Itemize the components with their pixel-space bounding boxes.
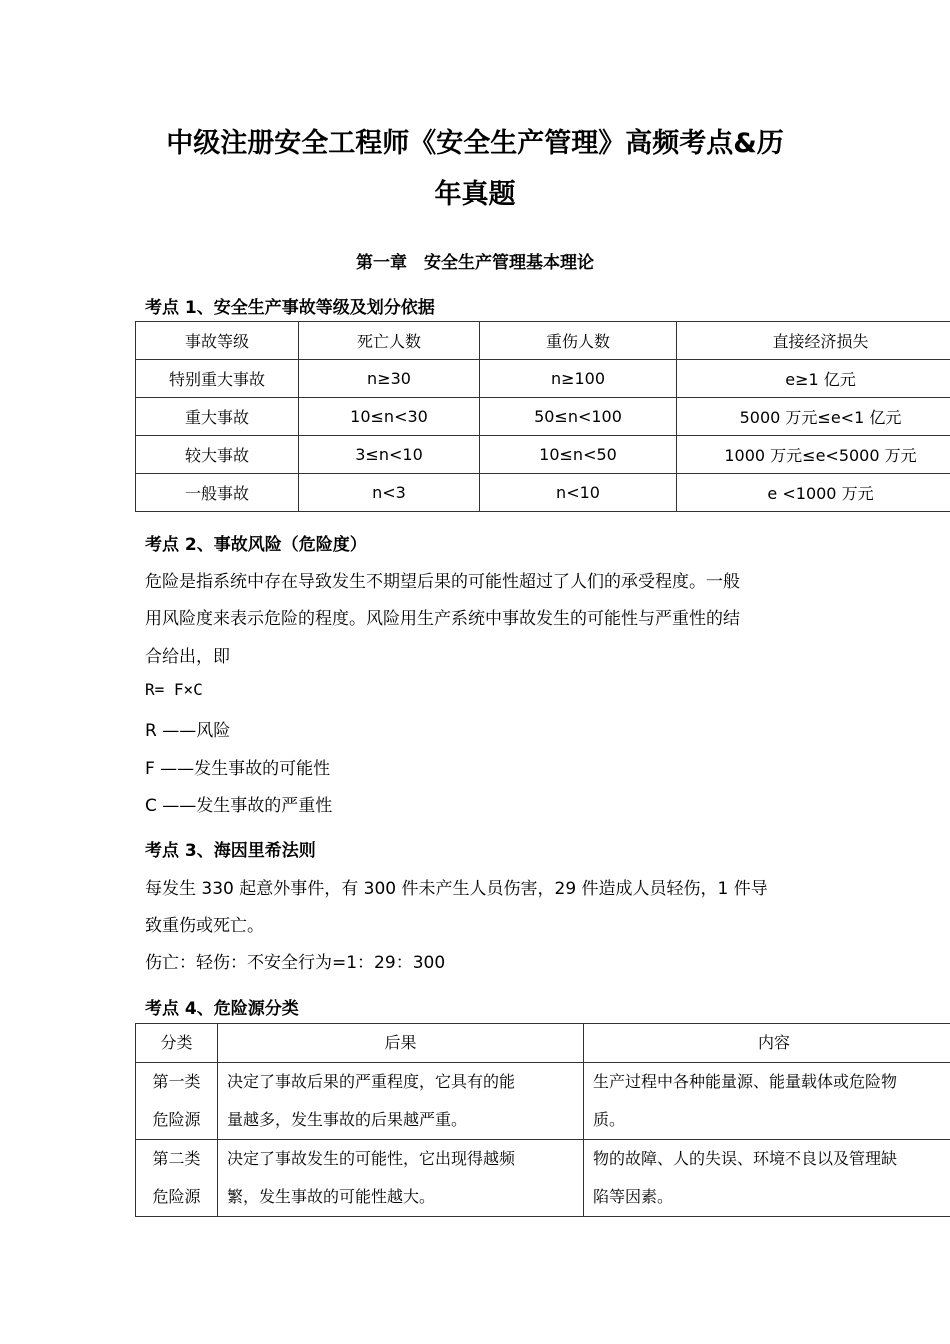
table-header-cell: 分类 (136, 1024, 218, 1063)
table-cell: 第一类危险源 (136, 1063, 218, 1140)
table-header-row: 分类 后果 内容 (136, 1024, 950, 1063)
section-1-heading: 考点 1、安全生产事故等级及划分依据 (145, 293, 435, 318)
cell-line: 陷等因素。 (593, 1178, 950, 1216)
table-header-cell: 死亡人数 (299, 322, 480, 360)
cell-line: 危险源 (136, 1101, 217, 1139)
document-title-line2: 年真题 (0, 172, 950, 211)
cell-line: 决定了事故后果的严重程度，它具有的能 (227, 1063, 583, 1101)
table-cell: 特别重大事故 (136, 360, 299, 398)
cell-line: 生产过程中各种能量源、能量载体或危险物 (593, 1063, 950, 1101)
table-cell: 3≤n<10 (299, 436, 480, 474)
cell-line: 质。 (593, 1101, 950, 1139)
cell-line: 物的故障、人的失误、环境不良以及管理缺 (593, 1140, 950, 1178)
accident-level-table: 事故等级 死亡人数 重伤人数 直接经济损失 特别重大事故 n≥30 n≥100 … (135, 321, 950, 512)
table-header-row: 事故等级 死亡人数 重伤人数 直接经济损失 (136, 322, 950, 360)
cell-line: 第二类 (136, 1140, 217, 1178)
table-cell: 第二类危险源 (136, 1140, 218, 1217)
table-cell: 决定了事故后果的严重程度，它具有的能量越多，发生事故的后果越严重。 (218, 1063, 584, 1140)
table-cell: n<10 (480, 474, 677, 512)
table-row: 第二类危险源 决定了事故发生的可能性，它出现得越频繁，发生事故的可能性越大。 物… (136, 1140, 950, 1217)
cell-line: 繁，发生事故的可能性越大。 (227, 1178, 583, 1216)
hazard-source-table: 分类 后果 内容 第一类危险源 决定了事故后果的严重程度，它具有的能量越多，发生… (135, 1023, 950, 1217)
table-header-cell: 内容 (584, 1024, 950, 1063)
definition-f: F ——发生事故的可能性 (145, 754, 330, 779)
table-header-cell: 后果 (218, 1024, 584, 1063)
chapter-heading: 第一章 安全生产管理基本理论 (0, 248, 950, 273)
table-row: 重大事故 10≤n<30 50≤n<100 5000 万元≤e<1 亿元 (136, 398, 950, 436)
paragraph-line: 致重伤或死亡。 (145, 911, 264, 936)
table-row: 一般事故 n<3 n<10 e <1000 万元 (136, 474, 950, 512)
paragraph-line: 危险是指系统中存在导致发生不期望后果的可能性超过了人们的承受程度。一般 (145, 567, 740, 592)
paragraph-line: 合给出，即 (145, 642, 230, 667)
document-title-line1: 中级注册安全工程师《安全生产管理》高频考点&历 (0, 121, 950, 160)
table-cell: 物的故障、人的失误、环境不良以及管理缺陷等因素。 (584, 1140, 950, 1217)
section-2-heading: 考点 2、事故风险（危险度） (145, 530, 367, 555)
definition-r: R ——风险 (145, 716, 230, 741)
table-cell: n<3 (299, 474, 480, 512)
table-header-cell: 事故等级 (136, 322, 299, 360)
table-cell: n≥30 (299, 360, 480, 398)
table-cell: 50≤n<100 (480, 398, 677, 436)
table-cell: 较大事故 (136, 436, 299, 474)
table-cell: 10≤n<30 (299, 398, 480, 436)
table-cell: e≥1 亿元 (677, 360, 950, 398)
table-cell: 生产过程中各种能量源、能量载体或危险物质。 (584, 1063, 950, 1140)
table-cell: n≥100 (480, 360, 677, 398)
table-cell: e <1000 万元 (677, 474, 950, 512)
heinrich-ratio: 伤亡：轻伤：不安全行为=1：29：300 (145, 948, 445, 973)
table-cell: 重大事故 (136, 398, 299, 436)
cell-line: 危险源 (136, 1178, 217, 1216)
risk-formula: R= F×C (145, 680, 203, 699)
table-row: 较大事故 3≤n<10 10≤n<50 1000 万元≤e<5000 万元 (136, 436, 950, 474)
paragraph-line: 用风险度来表示危险的程度。风险用生产系统中事故发生的可能性与严重性的结 (145, 604, 740, 629)
cell-line: 量越多，发生事故的后果越严重。 (227, 1101, 583, 1139)
section-4-heading: 考点 4、危险源分类 (145, 994, 299, 1019)
table-cell: 决定了事故发生的可能性，它出现得越频繁，发生事故的可能性越大。 (218, 1140, 584, 1217)
definition-c: C ——发生事故的严重性 (145, 791, 332, 816)
section-3-heading: 考点 3、海因里希法则 (145, 836, 316, 861)
table-row: 特别重大事故 n≥30 n≥100 e≥1 亿元 (136, 360, 950, 398)
cell-line: 决定了事故发生的可能性，它出现得越频 (227, 1140, 583, 1178)
table-cell: 5000 万元≤e<1 亿元 (677, 398, 950, 436)
table-cell: 1000 万元≤e<5000 万元 (677, 436, 950, 474)
paragraph-line: 每发生 330 起意外事件，有 300 件未产生人员伤害，29 件造成人员轻伤，… (145, 874, 768, 899)
table-header-cell: 重伤人数 (480, 322, 677, 360)
cell-line: 第一类 (136, 1063, 217, 1101)
table-header-cell: 直接经济损失 (677, 322, 950, 360)
table-cell: 10≤n<50 (480, 436, 677, 474)
table-row: 第一类危险源 决定了事故后果的严重程度，它具有的能量越多，发生事故的后果越严重。… (136, 1063, 950, 1140)
table-cell: 一般事故 (136, 474, 299, 512)
